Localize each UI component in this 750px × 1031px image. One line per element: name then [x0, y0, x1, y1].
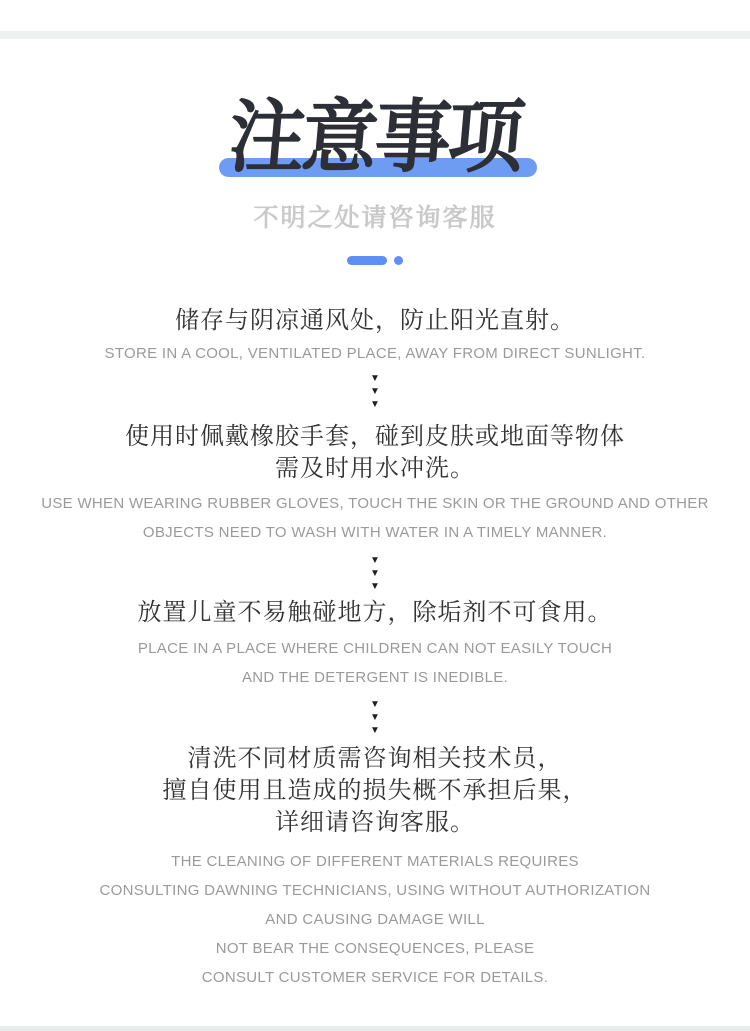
notice-line: PLACE IN A PLACE WHERE CHILDREN CAN NOT … — [0, 634, 750, 663]
notice-line: AND CAUSING DAMAGE WILL — [0, 905, 750, 934]
notice-line: AND THE DETERGENT IS INEDIBLE. — [0, 663, 750, 692]
down-arrows-icon: ▼ ▼ ▼ — [0, 372, 750, 411]
title-divider — [0, 252, 750, 261]
divider-bar-icon — [347, 256, 387, 265]
notice-2-chinese: 使用时佩戴橡胶手套，碰到皮肤或地面等物体 需及时用水冲洗。 — [0, 421, 750, 485]
notice-line: 储存与阴凉通风处，防止阳光直射。 — [0, 305, 750, 337]
notice-4-english: THE CLEANING OF DIFFERENT MATERIALS REQU… — [0, 847, 750, 992]
header: 注意事项 — [0, 96, 750, 180]
notice-line: CONSULTING DAWNING TECHNICIANS, USING WI… — [0, 876, 750, 905]
page-title: 注意事项 — [225, 94, 525, 182]
notice-4-chinese: 清洗不同材质需咨询相关技术员， 擅自使用且造成的损失概不承担后果， 详细请咨询客… — [0, 743, 750, 839]
notice-line: THE CLEANING OF DIFFERENT MATERIALS REQU… — [0, 847, 750, 876]
notice-line: 放置儿童不易触碰地方，除垢剂不可食用。 — [0, 597, 750, 629]
notice-line: CONSULT CUSTOMER SERVICE FOR DETAILS. — [0, 963, 750, 992]
down-arrows-icon: ▼ ▼ ▼ — [0, 698, 750, 737]
notice-line: 擅自使用且造成的损失概不承担后果， — [0, 775, 750, 807]
notice-line: 详细请咨询客服。 — [0, 807, 750, 839]
notice-line: STORE IN A COOL, VENTILATED PLACE, AWAY … — [0, 339, 750, 368]
divider-dot-icon — [394, 256, 403, 265]
precautions-panel: 注意事项 不明之处请咨询客服 储存与阴凉通风处，防止阳光直射。 STORE IN… — [0, 0, 750, 1031]
notice-line: NOT BEAR THE CONSEQUENCES, PLEASE — [0, 934, 750, 963]
notice-line: 使用时佩戴橡胶手套，碰到皮肤或地面等物体 — [0, 421, 750, 453]
down-arrows-icon: ▼ ▼ ▼ — [0, 554, 750, 593]
page-subtitle: 不明之处请咨询客服 — [0, 203, 750, 233]
notice-line: 清洗不同材质需咨询相关技术员， — [0, 743, 750, 775]
title-block: 注意事项 — [229, 96, 521, 180]
notice-3-english: PLACE IN A PLACE WHERE CHILDREN CAN NOT … — [0, 634, 750, 692]
notice-line: USE WHEN WEARING RUBBER GLOVES, TOUCH TH… — [0, 489, 750, 518]
notice-2-english: USE WHEN WEARING RUBBER GLOVES, TOUCH TH… — [0, 489, 750, 547]
notice-line: 需及时用水冲洗。 — [0, 453, 750, 485]
notice-line: OBJECTS NEED TO WASH WITH WATER IN A TIM… — [0, 518, 750, 547]
bottom-strip — [0, 1026, 750, 1031]
notice-1-english: STORE IN A COOL, VENTILATED PLACE, AWAY … — [0, 339, 750, 368]
top-strip — [0, 31, 750, 39]
notice-1-chinese: 储存与阴凉通风处，防止阳光直射。 — [0, 305, 750, 337]
notice-3-chinese: 放置儿童不易触碰地方，除垢剂不可食用。 — [0, 597, 750, 629]
